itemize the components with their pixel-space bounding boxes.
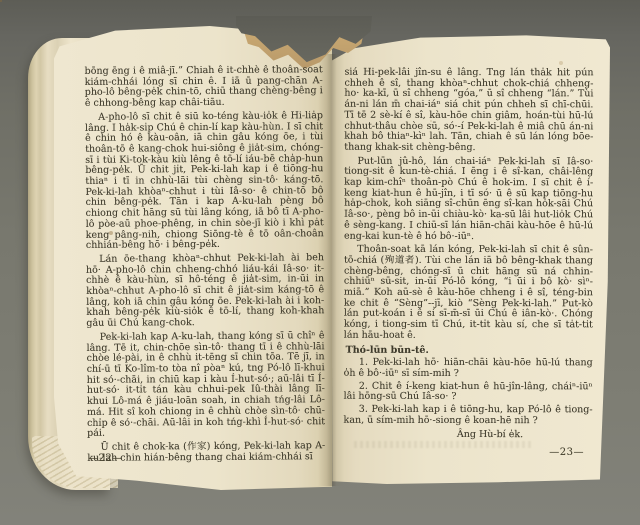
discussion-question: 2. Chit ê í-keng kiat-hun ê hū-jîn-lâng,… — [344, 381, 593, 403]
left-page-text: bōng ēng i ê miâ-jī.” Chiah ê it-chhè ê … — [85, 65, 326, 467]
paragraph: Pek-ki-lah kap A-ku-lah, thang kóng sī ū… — [86, 331, 325, 440]
paragraph: Lán ōe-thang khòaⁿ-chhut Pek-ki-lah ài b… — [86, 253, 325, 330]
paragraph: Put-lūn jû-hô, lán chai-iáⁿ Pek-ki-lah s… — [344, 156, 593, 242]
discussion-question: 3. Pek-ki-lah kap i ê tiōng-hu, kap Pó-l… — [344, 405, 593, 427]
page-number-right: —23— — [500, 447, 584, 458]
book-photo: bōng ēng i ê miâ-jī.” Chiah ê it-chhè ê … — [0, 0, 640, 525]
page-number-left: —22— — [88, 453, 123, 464]
paragraph: siá Hi-pek-lâi jîn-su ê lâng. Tng lán th… — [344, 68, 593, 154]
discussion-heading: Thó-lūn būn-tê. — [344, 345, 593, 356]
right-page-text: siá Hi-pek-lâi jîn-su ê lâng. Tng lán th… — [344, 68, 594, 444]
paragraph: A-pho-lô sī chit ê siū ko-téng kàu-io̍k … — [85, 111, 324, 252]
paragraph: Thoân-soat kā lán kóng, Pek-ki-lah sī ch… — [344, 245, 593, 342]
discussion-question: 1. Pek-ki-lah hō· hiān-chāi kàu-hōe hū-l… — [344, 358, 593, 380]
paper-stains — [0, 0, 2, 2]
paragraph: bōng ēng i ê miâ-jī.” Chiah ê it-chhè ê … — [85, 65, 323, 109]
translator-credit: Âng Hù-bí e̍k. — [344, 429, 593, 440]
